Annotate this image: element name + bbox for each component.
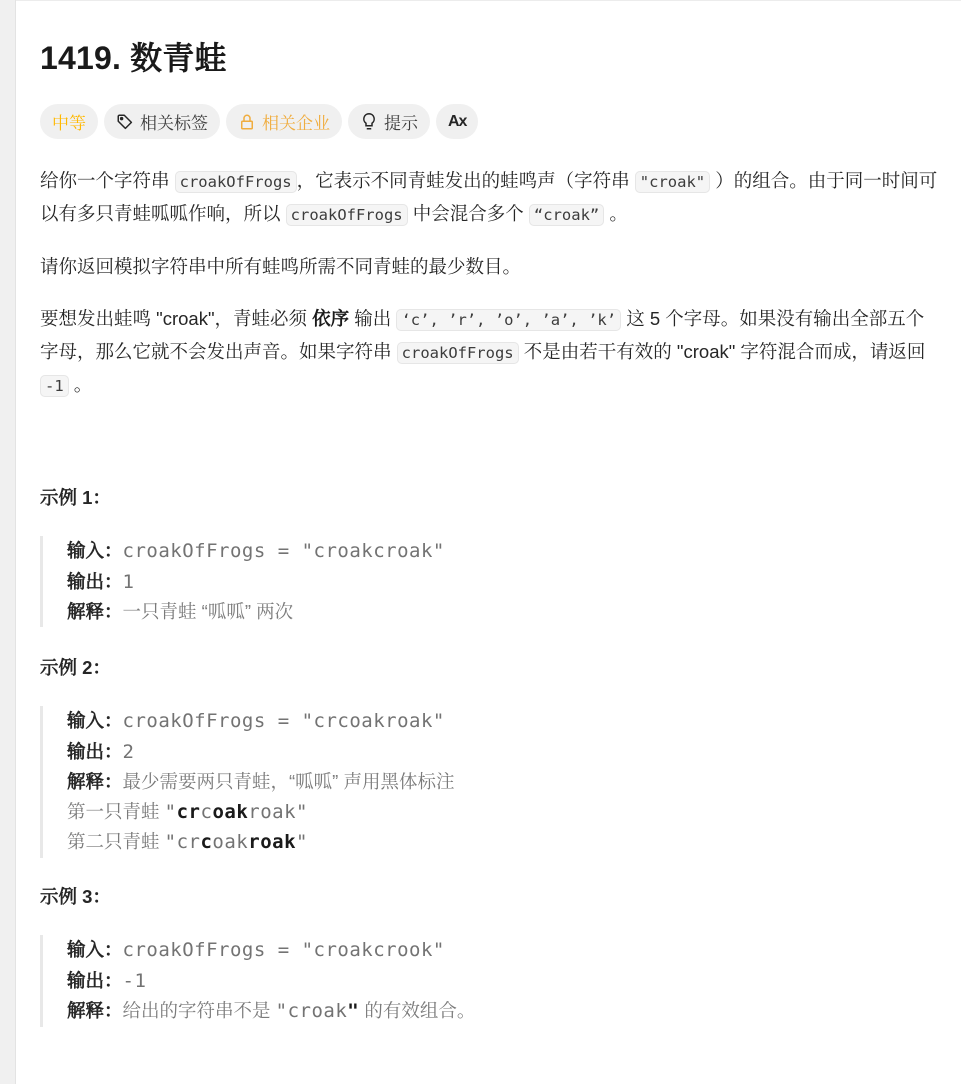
lock-icon [238,113,256,131]
left-panel-edge [0,0,16,1084]
example-explain-row: 解释：给出的字符串不是 "croak" 的有效组合。 [67,996,475,1027]
difficulty-badge: 中等 [40,104,98,139]
inline-code: ‘c’, ’r’, ’o’, ’a’, ’k’ [396,309,621,331]
related-tags-label: 相关标签 [140,109,208,134]
problem-title[interactable]: 1419. 数青蛙 [40,36,227,80]
inline-code: croakOfFrogs [286,204,408,226]
inline-code: croakOfFrogs [175,171,297,193]
problem-statement: 给你一个字符串 croakOfFrogs，它表示不同青蛙发出的蛙鸣声（字符串 "… [40,165,940,422]
bold-text: 依序 [312,308,349,329]
related-companies-button[interactable]: 相关企业 [226,104,342,139]
example-2-block: 输入：croakOfFrogs = "crcoakroak" 输出：2 解释：最… [40,706,454,858]
example-input-row: 输入：croakOfFrogs = "crcoakroak" [67,706,454,737]
example-1-block: 输入：croakOfFrogs = "croakcroak" 输出：1 解释：一… [40,536,445,627]
example-2-title: 示例 2： [40,654,111,680]
statement-paragraph-2: 请你返回模拟字符串中所有蛙鸣所需不同青蛙的最少数目。 [40,251,940,283]
tag-icon [116,113,134,131]
example-1-title: 示例 1： [40,484,111,510]
example-output-row: 输出：1 [67,567,445,598]
example-3-block: 输入：croakOfFrogs = "croakcrook" 输出：-1 解释：… [40,935,475,1027]
tag-bar: 中等 相关标签 相关企业 提示 Ax [40,104,478,139]
top-divider [16,0,961,1]
example-3-title: 示例 3： [40,883,111,909]
hint-label: 提示 [384,109,418,134]
inline-code: croakOfFrogs [397,342,519,364]
translate-icon: Ax [448,113,466,131]
example-input-row: 输入：croakOfFrogs = "croakcroak" [67,536,445,567]
example-explain-row: 解释：一只青蛙 “呱呱” 两次 [67,597,445,627]
related-companies-label: 相关企业 [262,109,330,134]
hint-button[interactable]: 提示 [348,104,430,139]
frog-1-row: 第一只青蛙 "crcoakroak" [67,797,454,828]
example-input-row: 输入：croakOfFrogs = "croakcrook" [67,935,475,966]
inline-code: "croak" [635,171,710,193]
statement-paragraph-3: 要想发出蛙鸣 "croak"，青蛙必须 依序 输出 ‘c’, ’r’, ’o’,… [40,303,940,402]
statement-paragraph-1: 给你一个字符串 croakOfFrogs，它表示不同青蛙发出的蛙鸣声（字符串 "… [40,165,940,231]
example-output-row: 输出：2 [67,737,454,768]
difficulty-label: 中等 [52,109,86,134]
related-tags-button[interactable]: 相关标签 [104,104,220,139]
frog-2-row: 第二只青蛙 "crcoakroak" [67,827,454,858]
translate-button[interactable]: Ax [436,104,478,139]
inline-code: “croak” [529,204,604,226]
example-explain-row: 解释：最少需要两只青蛙，“呱呱” 声用黑体标注 [67,767,454,797]
example-output-row: 输出：-1 [67,966,475,997]
lightbulb-icon [360,112,378,132]
inline-code: -1 [40,375,69,397]
